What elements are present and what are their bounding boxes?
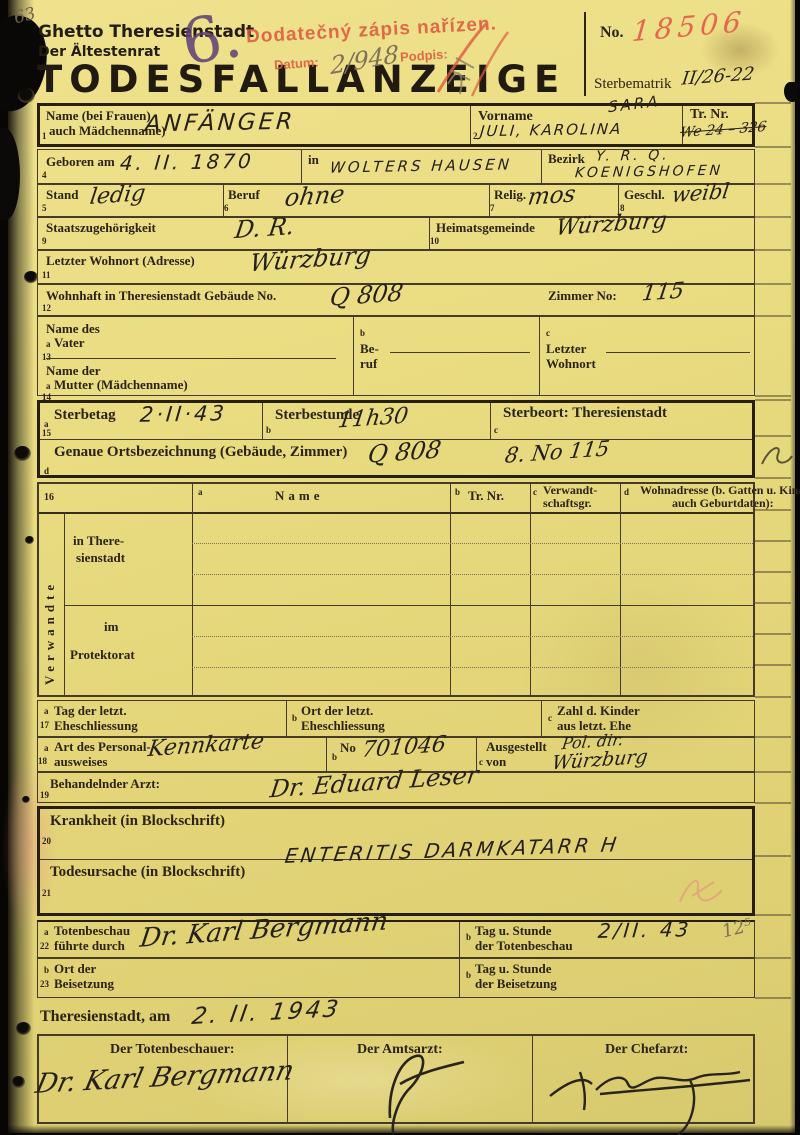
- geschl-label: Geschl.: [624, 188, 665, 202]
- field-number: 21: [42, 888, 51, 898]
- divider-line: [606, 352, 750, 353]
- punch-hole: [12, 1076, 25, 1088]
- punch-hole: [16, 1022, 31, 1035]
- sub-letter: a: [46, 339, 51, 349]
- divider-line: [46, 358, 336, 359]
- beisetzung-zeit-label1: Tag u. Stunde: [475, 962, 551, 976]
- divider-line: [541, 150, 542, 183]
- divider-line: [39, 512, 753, 514]
- sub-letter: a: [46, 381, 51, 391]
- geschl-value: weibl: [670, 179, 731, 207]
- punch-hole: [18, 88, 35, 103]
- col-trnr-header: Tr. Nr.: [468, 489, 504, 503]
- sterbeort-label: Sterbeort: Theresienstadt: [503, 405, 667, 422]
- verwandte-side-label: Verwandte: [42, 555, 58, 685]
- bezirk-value2: KOENIGSHOFEN: [574, 163, 723, 182]
- divider-line: [450, 484, 451, 695]
- row-beisetzung: [37, 958, 755, 998]
- divider-line: [459, 959, 460, 997]
- bezirk-value1: Y. R. Q.: [595, 147, 670, 164]
- todesursache-label: Todesursache (in Blockschrift): [50, 864, 245, 881]
- sub-letter: b: [292, 713, 297, 723]
- field-number: 9: [42, 236, 47, 246]
- zimmer-value: 115: [640, 278, 685, 306]
- group2-label2: Protektorat: [70, 648, 135, 662]
- group1-label1: in There-: [73, 534, 124, 548]
- podpis-signature-scrawl: [420, 18, 550, 108]
- staat-label: Staatszugehörigkeit: [46, 221, 156, 235]
- sub-letter: a: [198, 487, 203, 497]
- wohnort-col-label2: Wohnort: [546, 357, 596, 371]
- totenbeschau-label2: führte durch: [54, 939, 125, 953]
- sub-letter: c: [548, 713, 552, 723]
- sub-letter: b: [466, 932, 471, 942]
- beisetzung-ort-label1: Ort der: [54, 962, 96, 976]
- divider-line: [286, 701, 287, 736]
- divider-line: [353, 317, 354, 395]
- beruf-label: Beruf: [228, 188, 260, 202]
- header-divider: [584, 12, 586, 96]
- number-stamp: 6.: [177, 0, 247, 79]
- field-number: 22: [40, 941, 49, 951]
- krankheit-label: Krankheit (in Blockschrift): [50, 813, 225, 830]
- gebaeude-value: Q 808: [328, 278, 405, 311]
- geboren-value: 4. II. 1870: [119, 149, 255, 175]
- relig-label: Relig.: [494, 188, 526, 202]
- beruf-value: ohne: [283, 180, 346, 213]
- punch-hole: [24, 271, 38, 283]
- sterbestunde-value: 11h30: [336, 403, 410, 433]
- divider-line: [390, 352, 530, 353]
- beschau-zeit-label1: Tag u. Stunde: [475, 924, 551, 938]
- group2-label1: im: [104, 620, 118, 634]
- divider-line: [532, 1036, 533, 1122]
- mutter-label2: Mutter (Mädchenname): [54, 378, 188, 392]
- sterbetag-label: Sterbetag: [54, 407, 116, 424]
- field-number: 5: [42, 203, 47, 213]
- field-number: 12: [42, 303, 51, 313]
- trnr-label: Tr. Nr.: [690, 107, 729, 122]
- ort-datum-label: Theresienstadt, am: [40, 1008, 170, 1026]
- divider-line: [541, 701, 542, 736]
- geburtsort-value: WOLTERS HAUSEN: [329, 155, 513, 176]
- document-scan: 63 Ghetto Theresienstadt Der Ältestenrat…: [0, 0, 800, 1135]
- beschau-zeit-label2: der Totenbeschau: [475, 939, 573, 953]
- field-number: 16: [44, 492, 54, 503]
- field-number: 15: [42, 428, 51, 438]
- punch-hole: [14, 446, 31, 461]
- gebaeude-label: Wohnhaft in Theresienstadt Gebäude No.: [46, 289, 276, 303]
- divider-line: [490, 403, 491, 439]
- staat-value: D. R.: [233, 212, 296, 244]
- name-value: ANFÄNGER: [144, 109, 296, 138]
- ausgestellt-label1: Ausgestellt: [486, 740, 547, 754]
- relatives-table: [37, 482, 755, 697]
- chefarzt-signature: [540, 1050, 780, 1135]
- beisetzung-zeit-label2: der Beisetzung: [475, 977, 557, 991]
- ausweis-label2: ausweises: [54, 755, 107, 769]
- sterbematrik-label: Sterbematrik: [594, 76, 671, 93]
- group-divider-line: [64, 605, 753, 606]
- kinder-label1: Zahl d. Kinder: [557, 704, 640, 718]
- faint-pink-mark: [672, 866, 732, 916]
- ausweis-no-label: No: [340, 741, 356, 755]
- divider-line: [64, 512, 65, 695]
- red-stamp-datum-label: Datum:: [274, 54, 320, 72]
- divider-line: [301, 150, 302, 183]
- field-number: 11: [42, 270, 51, 280]
- sub-letter: b: [360, 328, 365, 338]
- vater-label2: Vater: [54, 336, 85, 350]
- beisetzung-ort-label2: Beisetzung: [54, 977, 114, 991]
- amtsarzt-signature: [330, 1048, 480, 1135]
- ehe-ort-label1: Ort der letzt.: [301, 704, 373, 718]
- ehe-tag-label1: Tag der letzt.: [54, 704, 127, 718]
- sub-letter: c: [494, 425, 498, 435]
- field-number: 4: [42, 170, 47, 180]
- name-label: Name (bei Frauen): [46, 109, 151, 123]
- sub-letter: a: [44, 927, 49, 937]
- heimat-label: Heimatsgemeinde: [436, 221, 535, 235]
- sub-letter: b: [266, 425, 271, 435]
- row-eheschliessung: [37, 700, 755, 737]
- field-number: 19: [40, 790, 49, 800]
- divider-line: [192, 484, 193, 695]
- divider-line: [620, 484, 621, 695]
- ehe-ort-label2: Eheschliessung: [301, 719, 385, 733]
- punch-hole: [25, 536, 34, 544]
- field-number: 18: [38, 756, 47, 766]
- stand-value: ledig: [88, 181, 147, 210]
- sub-letter: a: [44, 706, 49, 716]
- sub-letter: b: [455, 487, 460, 497]
- wohnort-col-label1: Letzter: [546, 342, 586, 356]
- vorname-value: JULI, KAROLINA: [479, 120, 623, 141]
- beruf-col-label1: Be-: [360, 342, 379, 356]
- sub-letter: b: [332, 752, 337, 762]
- ortsbez-label: Genaue Ortsbezeichnung (Gebäude, Zimmer): [54, 444, 347, 461]
- totenbeschauer-sig-label: Der Totenbeschauer:: [110, 1042, 235, 1057]
- totenbeschau-label1: Totenbeschau: [54, 924, 130, 938]
- sub-letter: d: [624, 487, 629, 497]
- col-verwandt-header2: schaftsgr.: [543, 497, 592, 510]
- beruf-col-label2: ruf: [360, 357, 377, 371]
- field-number: 23: [40, 979, 49, 989]
- ortsbez-value1: Q 808: [366, 435, 443, 468]
- field-number: 13: [42, 352, 51, 362]
- ausgestellt-label2: von: [486, 755, 506, 769]
- bezirk-label: Bezirk: [548, 152, 585, 166]
- empty-row-line: [192, 636, 753, 637]
- sub-letter: d: [44, 466, 49, 476]
- field-number: 2: [473, 131, 478, 141]
- empty-row-line: [192, 543, 753, 544]
- punch-hole: [22, 796, 30, 803]
- sub-letter: b: [466, 970, 471, 980]
- beschau-zeit-value: 2/II. 43: [597, 917, 693, 943]
- field-number: 1: [42, 131, 47, 141]
- sub-letter: c: [533, 487, 537, 497]
- sterbetag-value: 2·II·43: [139, 401, 228, 427]
- empty-row-line: [192, 574, 753, 575]
- ehe-tag-label2: Eheschliessung: [54, 719, 138, 733]
- divider-line: [530, 484, 531, 695]
- sub-letter: a: [44, 743, 49, 753]
- field-number: 10: [430, 236, 439, 246]
- no-label: No.: [600, 24, 624, 42]
- sub-letter: b: [44, 965, 49, 975]
- ausweis-label1: Art des Personal-: [54, 740, 151, 754]
- geboren-label: Geboren am: [46, 155, 115, 169]
- arzt-label: Behandelnder Arzt:: [50, 777, 160, 791]
- right-margin-strip: [755, 103, 791, 1003]
- zimmer-label: Zimmer No:: [548, 289, 617, 303]
- stand-label: Stand: [46, 188, 79, 202]
- divider-line: [326, 738, 327, 771]
- sub-letter: c: [546, 328, 550, 338]
- geburtsort-label: in: [308, 153, 319, 167]
- divider-line: [470, 106, 471, 144]
- letzter-wohnort-label: Letzter Wohnort (Adresse): [46, 254, 195, 268]
- col-name-header: Name: [275, 489, 324, 503]
- field-number: 6: [224, 203, 229, 213]
- group1-label2: sienstadt: [76, 551, 125, 565]
- field-number: 17: [40, 720, 49, 730]
- divider-line: [539, 317, 540, 395]
- field-number: 20: [42, 836, 51, 846]
- empty-row-line: [192, 667, 753, 668]
- relig-value: mos: [526, 181, 577, 211]
- divider-line: [459, 922, 460, 957]
- field-number: 7: [490, 203, 495, 213]
- divider-line: [262, 403, 263, 439]
